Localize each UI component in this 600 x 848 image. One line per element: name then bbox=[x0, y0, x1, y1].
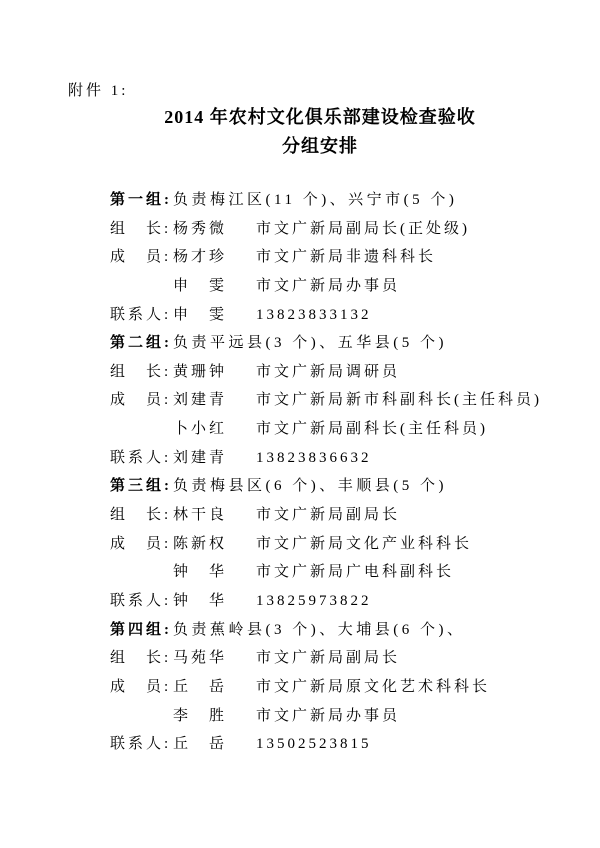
person-name: 杨秀微 bbox=[173, 215, 256, 244]
person-row: 钟 华 市文广新局广电科副科长 bbox=[110, 558, 592, 587]
person-name: 陈新权 bbox=[173, 530, 256, 559]
row-label: 组 长: bbox=[110, 215, 173, 244]
row-label: 组 长: bbox=[110, 358, 173, 387]
group-header-row: 第四组: 负责蕉岭县(3 个)、大埔县(6 个)、 bbox=[110, 616, 592, 645]
contact-phone: 13502523815 bbox=[256, 730, 372, 759]
person-row: 组 长: 黄珊钟 市文广新局调研员 bbox=[110, 358, 592, 387]
person-title: 市文广新局调研员 bbox=[256, 358, 400, 387]
group-header-row: 第三组: 负责梅县区(6 个)、丰顺县(5 个) bbox=[110, 472, 592, 501]
document-title: 2014 年农村文化俱乐部建设检查验收 分组安排 bbox=[70, 103, 570, 161]
group-responsibility: 负责梅县区(6 个)、丰顺县(5 个) bbox=[173, 472, 447, 501]
document-body: 第一组: 负责梅江区(11 个)、兴宁市(5 个) 组 长: 杨秀微 市文广新局… bbox=[110, 186, 592, 759]
person-row: 组 长: 杨秀微 市文广新局副局长(正处级) bbox=[110, 215, 592, 244]
person-row: 李 胜 市文广新局办事员 bbox=[110, 702, 592, 731]
row-label: 组 长: bbox=[110, 501, 173, 530]
person-row: 组 长: 林干良 市文广新局副局长 bbox=[110, 501, 592, 530]
contact-name: 申 雯 bbox=[173, 301, 256, 330]
contact-phone: 13823833132 bbox=[256, 301, 372, 330]
row-label: 联系人: bbox=[110, 301, 173, 330]
group-responsibility: 负责蕉岭县(3 个)、大埔县(6 个)、 bbox=[173, 616, 465, 645]
person-name: 卜小红 bbox=[173, 415, 256, 444]
group-header-row: 第一组: 负责梅江区(11 个)、兴宁市(5 个) bbox=[110, 186, 592, 215]
person-title: 市文广新局副局长 bbox=[256, 501, 400, 530]
contact-phone: 13823836632 bbox=[256, 444, 372, 473]
person-row: 成 员: 丘 岳 市文广新局原文化艺术科科长 bbox=[110, 673, 592, 702]
group-responsibility: 负责梅江区(11 个)、兴宁市(5 个) bbox=[173, 186, 457, 215]
person-name: 林干良 bbox=[173, 501, 256, 530]
contact-name: 刘建青 bbox=[173, 444, 256, 473]
person-title: 市文广新局副局长 bbox=[256, 644, 400, 673]
attachment-label: 附件 1: bbox=[68, 79, 128, 100]
person-row: 成 员: 杨才珍 市文广新局非遗科科长 bbox=[110, 243, 592, 272]
contact-row: 联系人: 申 雯 13823833132 bbox=[110, 301, 592, 330]
contact-row: 联系人: 丘 岳 13502523815 bbox=[110, 730, 592, 759]
group-header-row: 第二组: 负责平远县(3 个)、五华县(5 个) bbox=[110, 329, 592, 358]
row-label: 联系人: bbox=[110, 444, 173, 473]
person-row: 成 员: 陈新权 市文广新局文化产业科科长 bbox=[110, 530, 592, 559]
contact-phone: 13825973822 bbox=[256, 587, 372, 616]
group-name: 第三组: bbox=[110, 472, 173, 501]
group-responsibility: 负责平远县(3 个)、五华县(5 个) bbox=[173, 329, 447, 358]
person-title: 市文广新局办事员 bbox=[256, 702, 400, 731]
person-title: 市文广新局副科长(主任科员) bbox=[256, 415, 488, 444]
document-page: 附件 1: 2014 年农村文化俱乐部建设检查验收 分组安排 第一组: 负责梅江… bbox=[0, 0, 600, 848]
person-row: 成 员: 刘建青 市文广新局新市科副科长(主任科员) bbox=[110, 386, 592, 415]
group-name: 第二组: bbox=[110, 329, 173, 358]
person-row: 组 长: 马苑华 市文广新局副局长 bbox=[110, 644, 592, 673]
person-name: 马苑华 bbox=[173, 644, 256, 673]
person-name: 刘建青 bbox=[173, 386, 256, 415]
contact-row: 联系人: 刘建青 13823836632 bbox=[110, 444, 592, 473]
row-label: 成 员: bbox=[110, 243, 173, 272]
person-name: 丘 岳 bbox=[173, 673, 256, 702]
person-title: 市文广新局副局长(正处级) bbox=[256, 215, 470, 244]
title-line-1: 2014 年农村文化俱乐部建设检查验收 bbox=[70, 103, 570, 132]
row-label: 成 员: bbox=[110, 530, 173, 559]
person-row: 申 雯 市文广新局办事员 bbox=[110, 272, 592, 301]
row-label: 联系人: bbox=[110, 730, 173, 759]
row-label: 成 员: bbox=[110, 386, 173, 415]
person-name: 申 雯 bbox=[173, 272, 256, 301]
group-name: 第一组: bbox=[110, 186, 173, 215]
row-label: 成 员: bbox=[110, 673, 173, 702]
group-name: 第四组: bbox=[110, 616, 173, 645]
contact-row: 联系人: 钟 华 13825973822 bbox=[110, 587, 592, 616]
person-title: 市文广新局广电科副科长 bbox=[256, 558, 454, 587]
person-row: 卜小红 市文广新局副科长(主任科员) bbox=[110, 415, 592, 444]
title-line-2: 分组安排 bbox=[70, 132, 570, 161]
person-title: 市文广新局非遗科科长 bbox=[256, 243, 436, 272]
contact-name: 丘 岳 bbox=[173, 730, 256, 759]
person-name: 李 胜 bbox=[173, 702, 256, 731]
person-title: 市文广新局新市科副科长(主任科员) bbox=[256, 386, 542, 415]
person-title: 市文广新局办事员 bbox=[256, 272, 400, 301]
row-label: 组 长: bbox=[110, 644, 173, 673]
person-name: 杨才珍 bbox=[173, 243, 256, 272]
person-name: 钟 华 bbox=[173, 558, 256, 587]
contact-name: 钟 华 bbox=[173, 587, 256, 616]
row-label: 联系人: bbox=[110, 587, 173, 616]
person-title: 市文广新局文化产业科科长 bbox=[256, 530, 472, 559]
person-title: 市文广新局原文化艺术科科长 bbox=[256, 673, 490, 702]
person-name: 黄珊钟 bbox=[173, 358, 256, 387]
